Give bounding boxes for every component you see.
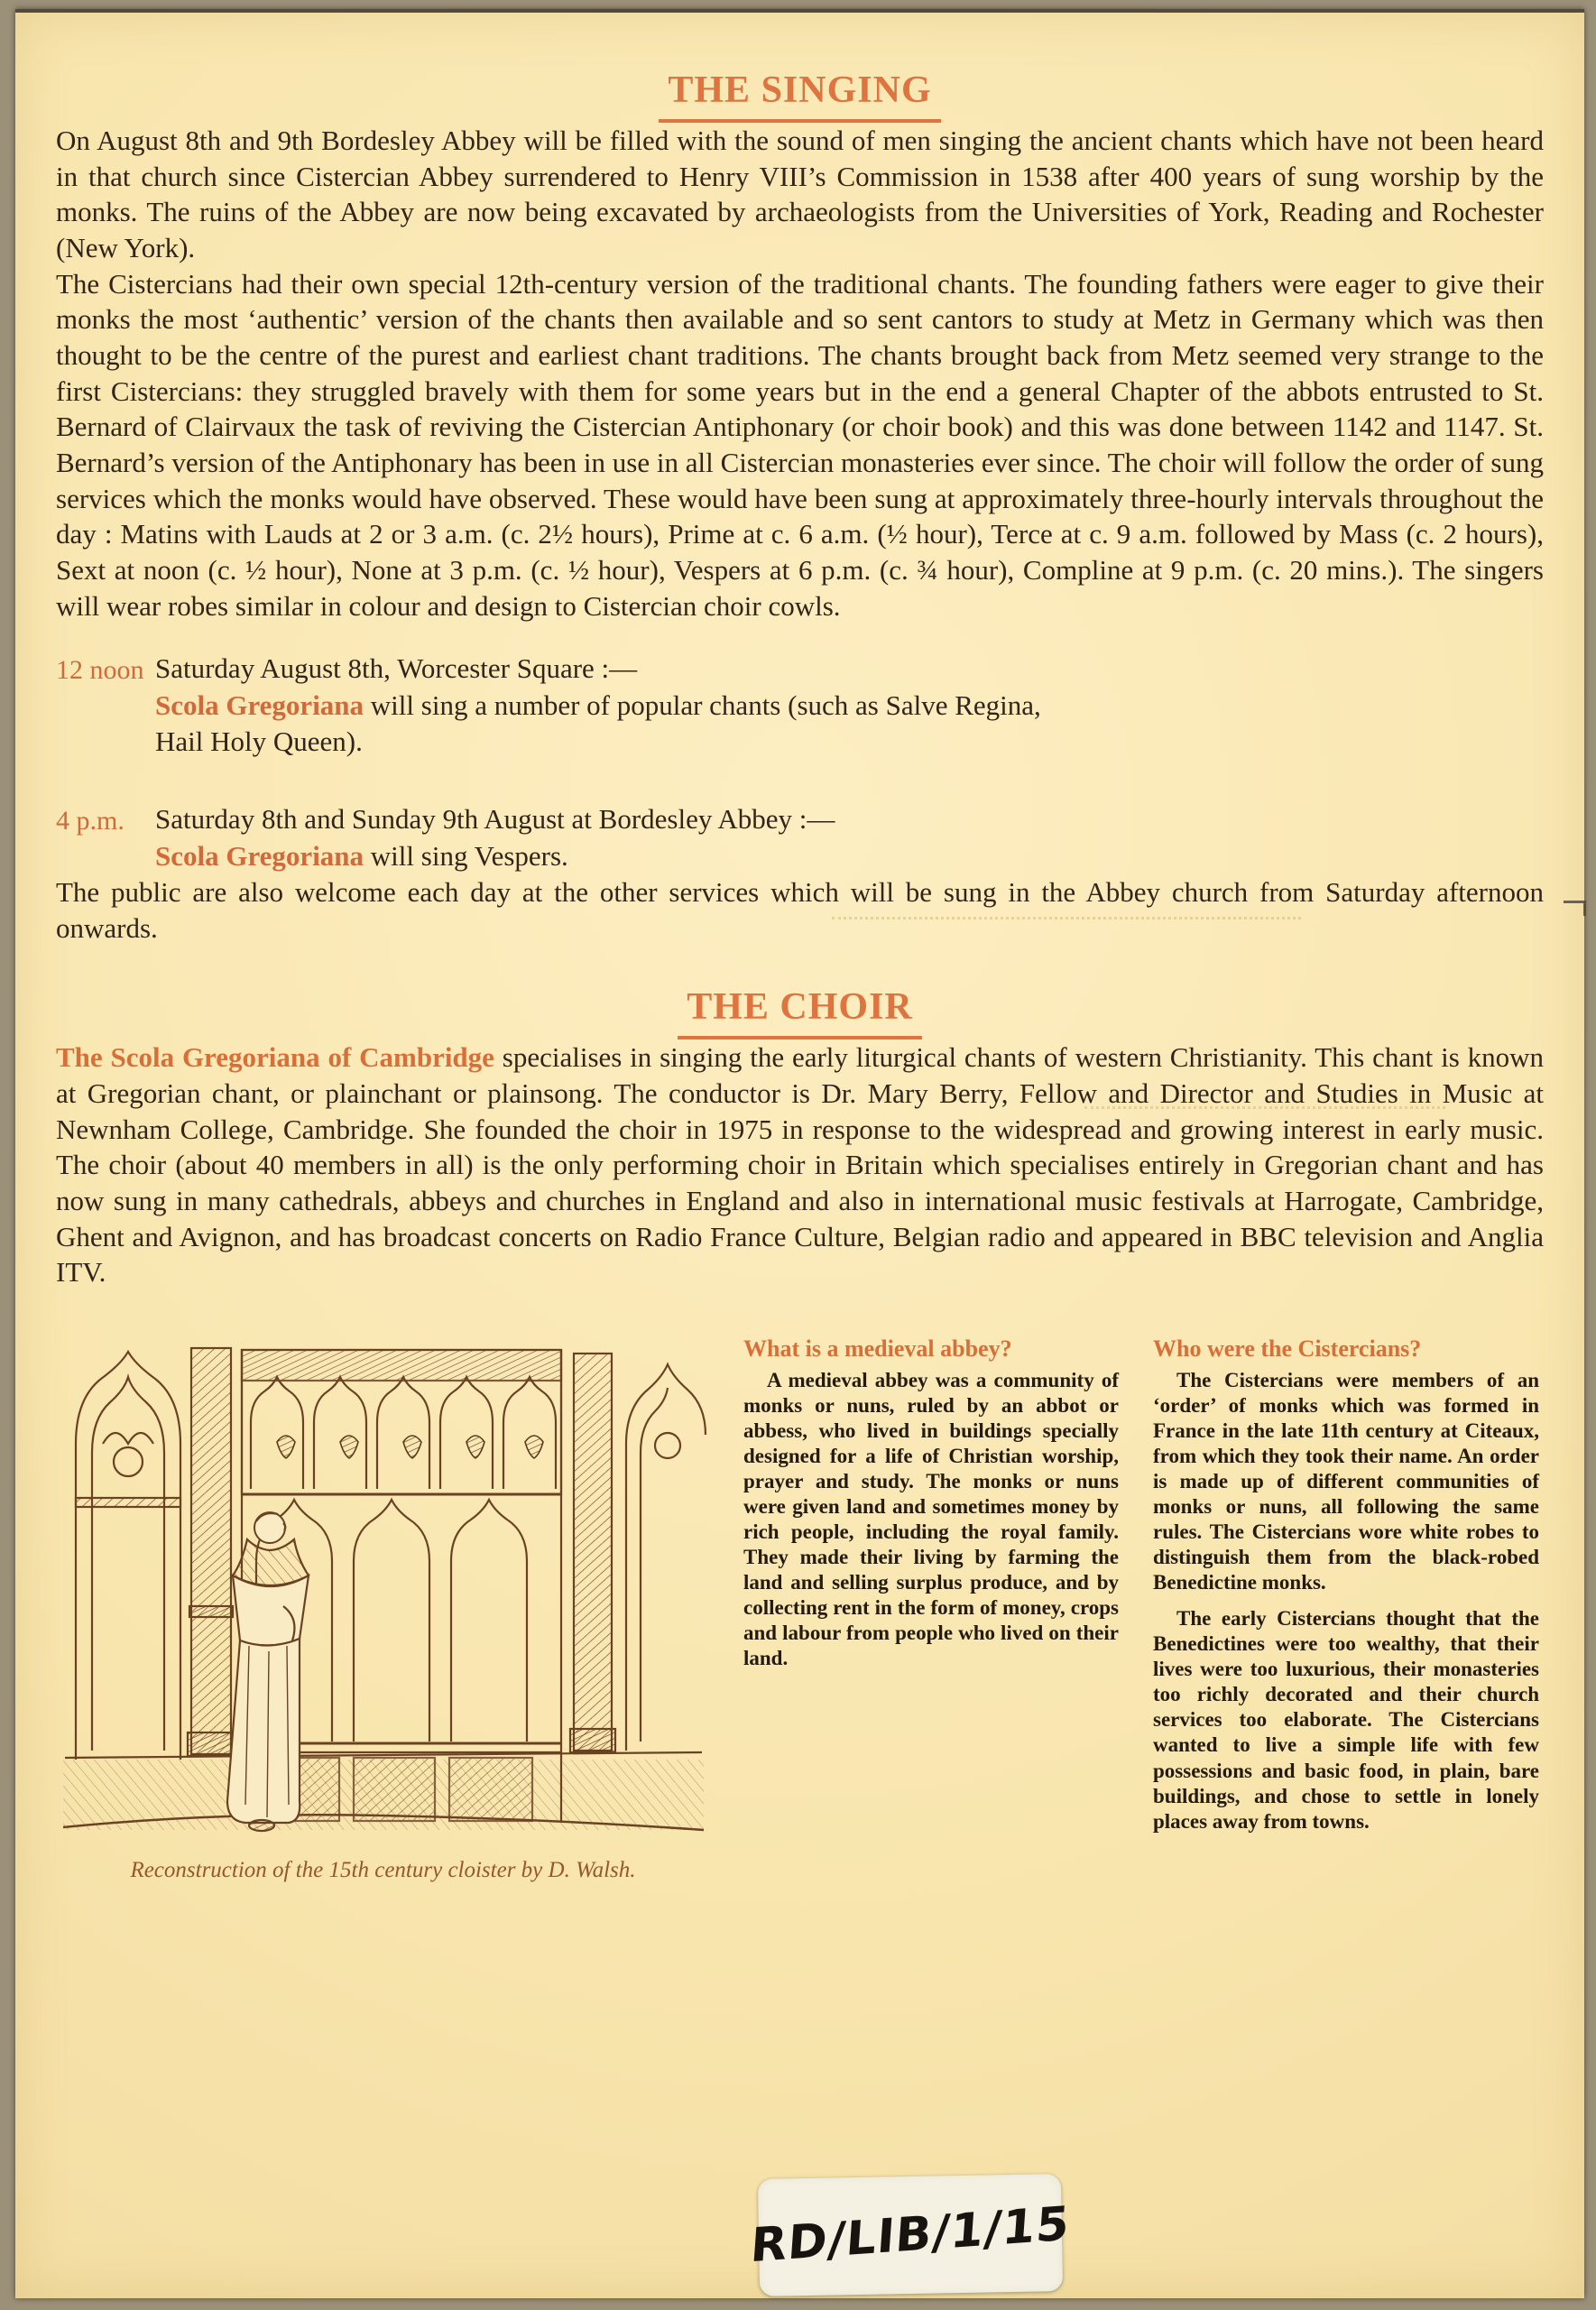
schedule-time-4pm: 4 p.m. [56, 801, 155, 840]
cloister-figure: Reconstruction of the 15th century clois… [56, 1335, 710, 1883]
schedule-heading-noon: Saturday August 8th, Worcester Square :— [155, 651, 1075, 687]
schedule-details-noon: Saturday August 8th, Worcester Square :—… [155, 651, 1075, 760]
schedule-row-noon: 12 noon Saturday August 8th, Worcester S… [56, 651, 1544, 760]
singing-paragraph-1: On August 8th and 9th Bordesley Abbey wi… [56, 123, 1544, 266]
choir-body-text: specialises in singing the early liturgi… [56, 1041, 1544, 1288]
cistercians-column-heading: Who were the Cistercians? [1153, 1335, 1539, 1363]
schedule-details-4pm: Saturday 8th and Sunday 9th August at Bo… [155, 801, 1075, 874]
singing-section-title: THE SINGING [56, 13, 1544, 123]
public-welcome-paragraph: The public are also welcome each day at … [56, 874, 1544, 946]
abbey-column: What is a medieval abbey? A medieval abb… [743, 1335, 1119, 1671]
schedule-heading-4pm: Saturday 8th and Sunday 9th August at Bo… [155, 801, 1075, 837]
archive-reference-sticker: RD/LIB/1/15 [758, 2174, 1063, 2296]
abbey-column-heading: What is a medieval abbey? [743, 1335, 1119, 1363]
abbey-column-body: A medieval abbey was a community of monk… [743, 1368, 1119, 1672]
cistercians-column: Who were the Cistercians? The Cistercian… [1153, 1335, 1539, 1834]
schedule-row-4pm: 4 p.m. Saturday 8th and Sunday 9th Augus… [56, 801, 1544, 874]
singing-paragraph-2: The Cistercians had their own special 12… [56, 266, 1544, 624]
leaflet-content: THE SINGING On August 8th and 9th Bordes… [15, 13, 1584, 1883]
leaflet-paper: THE SINGING On August 8th and 9th Bordes… [15, 9, 1584, 2298]
choir-paragraph: The Scola Gregoriana of Cambridge specia… [56, 1039, 1544, 1290]
cistercians-column-para-2: The early Cistercians thought that the B… [1153, 1606, 1539, 1834]
scan-smudge-mark [1084, 1106, 1445, 1109]
performance-schedule: 12 noon Saturday August 8th, Worcester S… [56, 651, 1544, 873]
scan-smudge-mark [832, 917, 1301, 919]
schedule-time-noon: 12 noon [56, 651, 155, 689]
figure-caption: Reconstruction of the 15th century clois… [56, 1858, 710, 1883]
choir-section-title: THE CHOIR [56, 946, 1544, 1039]
archive-reference-text: RD/LIB/1/15 [749, 2197, 1072, 2274]
scanned-leaflet-page: { "singing": { "title": "THE SINGING", "… [0, 0, 1596, 2310]
schedule-line-noon: Scola Gregoriana will sing a number of p… [155, 688, 1075, 761]
choir-name-4pm: Scola Gregoriana [155, 840, 364, 872]
choir-title-text: THE CHOIR [678, 985, 922, 1039]
cloister-illustration [56, 1335, 710, 1841]
schedule-rest-4pm: will sing Vespers. [371, 840, 568, 872]
choir-lead-name: The Scola Gregoriana of Cambridge [56, 1041, 494, 1073]
footer-section: Reconstruction of the 15th century clois… [56, 1335, 1544, 1883]
choir-name-noon: Scola Gregoriana [155, 689, 364, 721]
schedule-line-4pm: Scola Gregoriana will sing Vespers. [155, 838, 1075, 874]
cistercians-column-para-1: The Cistercians were members of an ‘orde… [1153, 1368, 1539, 1595]
scan-corner-mark [1564, 901, 1586, 916]
singing-title-text: THE SINGING [659, 69, 940, 123]
